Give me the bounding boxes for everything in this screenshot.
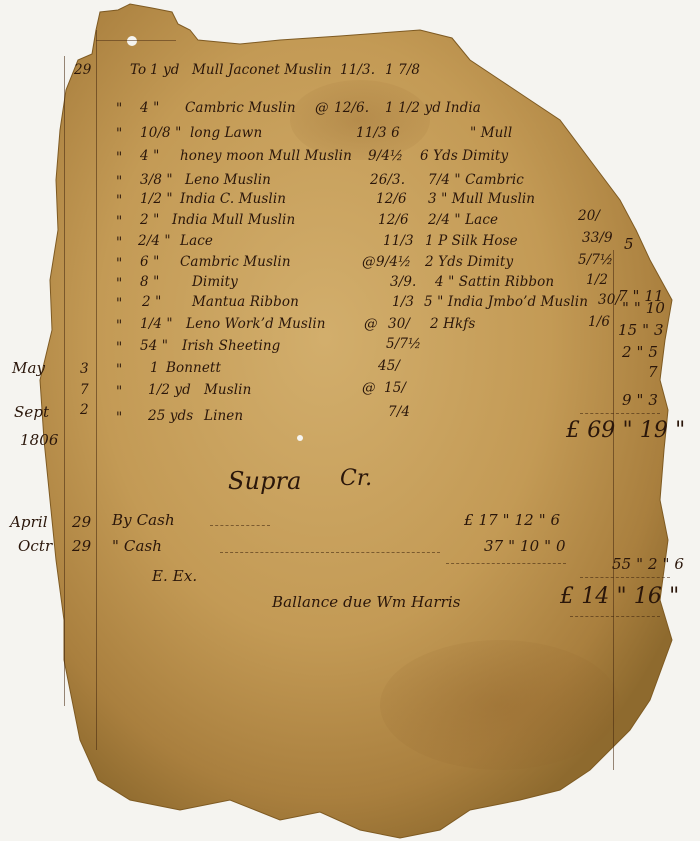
- entry-amount: 12/6.: [334, 100, 369, 116]
- credit-subtotal: 55 " 2 " 6: [612, 556, 684, 572]
- pounds-value: 2 " 5: [622, 344, 658, 360]
- entry-item: India Mull Muslin: [172, 212, 295, 228]
- entry-item: Lace: [180, 233, 213, 249]
- entry-item: Cambric Muslin: [185, 100, 296, 116]
- entry-label: By Cash: [112, 512, 175, 528]
- entry-ditto: ": [116, 150, 122, 166]
- entry-right-note: 4 " Sattin Ribbon: [435, 274, 554, 290]
- entry-item: Mull Jaconet Muslin: [192, 62, 332, 78]
- entry-label: " Cash: [112, 538, 162, 554]
- entry-day: 29: [72, 538, 91, 554]
- entry-qty: 2 ": [140, 212, 159, 228]
- header-day: 29: [74, 62, 91, 78]
- entry-amount: 12/6: [378, 212, 409, 228]
- credit-heading: Cr.: [340, 466, 372, 492]
- entry-right-amount: 20/: [578, 208, 600, 224]
- entry-right-note: 2 Yds Dimity: [425, 254, 513, 270]
- entry-amount: 1/3: [392, 294, 414, 310]
- entry-right-note: 2 Hkfs: [430, 316, 475, 332]
- entry-day: 2: [80, 402, 89, 418]
- margin-rule: [96, 30, 97, 750]
- entry-rate: @: [362, 254, 376, 270]
- entry-right-note: 5 " India Jmbo’d Muslin: [424, 294, 588, 310]
- entry-amount: 9/4½: [368, 148, 403, 164]
- entry-item: Mantua Ribbon: [192, 294, 299, 310]
- entry-qty: 1/2 yd: [148, 382, 191, 398]
- entry-qty: 1/2 ": [140, 191, 173, 207]
- entry-qty: 4 ": [140, 148, 159, 164]
- entry-amount: 5/7½: [386, 336, 421, 352]
- entry-amount: £ 17 " 12 " 6: [464, 512, 560, 528]
- entry-qty: 6 ": [140, 254, 159, 270]
- entry-ditto: ": [116, 256, 122, 272]
- entry-right-note: " Mull: [470, 125, 512, 141]
- entry-amount: 45/: [378, 358, 400, 374]
- entry-item: Linen: [204, 408, 243, 424]
- entry-right-note: 6 Yds Dimity: [420, 148, 508, 164]
- entry-amount: 26/3.: [370, 172, 405, 188]
- entry-qty: 1: [150, 360, 159, 376]
- leader-dash: [220, 552, 440, 554]
- entry-right-note: 1 7/8: [385, 62, 420, 78]
- sum-rule: [580, 577, 670, 579]
- leader-dash: [210, 525, 270, 527]
- entry-ditto: ": [116, 235, 122, 251]
- entry-ditto: ": [116, 340, 122, 356]
- year: 1806: [20, 432, 59, 448]
- entry-right-note: 2/4 " Lace: [428, 212, 498, 228]
- entry-amount: 12/6: [376, 191, 407, 207]
- entry-item: Cambric Muslin: [180, 254, 291, 270]
- ledger-sheet: 29 To 1 yd Mull Jaconet Muslin 11/3. 1 7…: [0, 0, 700, 841]
- entry-item: Leno Work’d Muslin: [186, 316, 326, 332]
- sum-rule: [580, 413, 660, 415]
- entry-qty: 4 ": [140, 100, 159, 116]
- entry-right-note: 1 1/2 yd India: [385, 100, 481, 116]
- entry-qty: 54 ": [140, 338, 168, 354]
- entry-item: Dimity: [192, 274, 238, 290]
- entry-ditto: ": [116, 126, 122, 142]
- margin-rule: [64, 56, 65, 706]
- pounds-value: " " 10: [622, 300, 665, 316]
- entry-ditto: ": [116, 101, 122, 117]
- entry-amount: 7/4: [388, 404, 410, 420]
- pounds-value: 7: [648, 364, 658, 380]
- balance-label: Ballance due Wm Harris: [272, 594, 461, 610]
- entry-right-note: 7/4 " Cambric: [428, 172, 524, 188]
- balance-amount: £ 14 " 16 ": [560, 584, 679, 610]
- entry-item: Bonnett: [166, 360, 221, 376]
- supra-heading: Supra: [228, 468, 302, 494]
- entry-ditto: ": [116, 214, 122, 230]
- entry-qty: 25 yds: [148, 408, 193, 424]
- entry-month: April: [10, 514, 48, 530]
- entry-item: honey moon Mull Muslin: [180, 148, 352, 164]
- pounds-column-rule: [613, 250, 614, 770]
- entry-item: Leno Muslin: [185, 172, 271, 188]
- entry-amount: 37 " 10 " 0: [484, 538, 566, 554]
- entry-right-note: 3 " Mull Muslin: [428, 191, 535, 207]
- entry-ditto: ": [116, 362, 122, 378]
- entry-ditto: ": [116, 193, 122, 209]
- entry-amount: 11/3: [383, 233, 414, 249]
- entry-ditto: ": [116, 296, 122, 312]
- entry-right-amount: 1/2: [586, 272, 608, 288]
- entry-right-amount: 5/7½: [578, 252, 613, 268]
- entry-ditto: ": [116, 384, 122, 400]
- debit-total: £ 69 " 19 ": [566, 418, 685, 444]
- entry-ditto: ": [116, 318, 122, 334]
- entry-item: India C. Muslin: [180, 191, 286, 207]
- entry-rate: @: [364, 316, 378, 332]
- entry-ditto: ": [116, 174, 122, 190]
- errors-excepted: E. Ex.: [152, 568, 197, 584]
- entry-rate: @: [362, 380, 376, 396]
- entry-right-amount: 1/6: [588, 314, 610, 330]
- entry-day: 3: [80, 361, 89, 377]
- entry-month: Sept: [14, 404, 49, 420]
- entry-ditto: ": [116, 276, 122, 292]
- entry-right-note: 1 P Silk Hose: [425, 233, 518, 249]
- entry-qty: 3/8 ": [140, 172, 173, 188]
- header-rule: [96, 40, 176, 41]
- entry-qty: 8 ": [140, 274, 159, 290]
- pounds-value: 9 " 3: [622, 392, 658, 408]
- entry-amount: 3/9.: [390, 274, 416, 290]
- entry-amount: 11/3 6: [356, 125, 400, 141]
- entry-item: Irish Sheeting: [182, 338, 280, 354]
- entry-ditto: ": [116, 410, 122, 426]
- entry-ditto: To: [130, 62, 146, 78]
- entry-amount: 15/: [384, 380, 406, 396]
- entry-amount: 30/: [388, 316, 410, 332]
- entry-qty: 2/4 ": [138, 233, 171, 249]
- entry-month: May: [12, 360, 45, 376]
- entry-amount: 11/3.: [340, 62, 375, 78]
- sum-rule: [570, 616, 660, 618]
- sum-rule: [446, 563, 566, 565]
- entry-day: 7: [80, 382, 89, 398]
- entry-qty: 2 ": [142, 294, 161, 310]
- pounds-value: 5: [624, 236, 634, 252]
- entry-rate: @: [315, 100, 329, 116]
- entry-amount: 9/4½: [376, 254, 411, 270]
- entry-month: Octr: [18, 538, 52, 554]
- entry-qty: 10/8 ": [140, 125, 181, 141]
- entry-right-amount: 30/: [598, 292, 620, 308]
- entry-qty: 1 yd: [150, 62, 180, 78]
- entry-qty: 1/4 ": [140, 316, 173, 332]
- entry-item: long Lawn: [190, 125, 262, 141]
- entry-item: Muslin: [204, 382, 251, 398]
- entry-day: 29: [72, 514, 91, 530]
- entry-right-amount: 33/9: [582, 230, 613, 246]
- pounds-value: 15 " 3: [618, 322, 664, 338]
